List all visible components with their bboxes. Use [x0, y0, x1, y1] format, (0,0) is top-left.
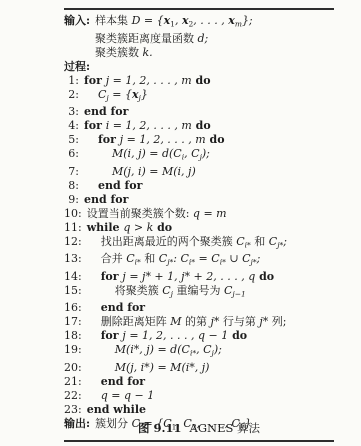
algorithm-step-14: 14:for j = j* + 1, j* + 2, . . . , q do: [64, 270, 334, 284]
algorithm-input-line-1: 输入: 样本集 D = {x1, x2, . . . , xm};: [64, 14, 334, 32]
step-content: end while: [87, 403, 146, 417]
text-segment: 合并: [101, 252, 127, 265]
text-segment: for: [84, 119, 106, 132]
text-segment: M(i*, j) = d(C: [115, 343, 190, 356]
step-content: M(i, j) = d(Ci, Cj);: [84, 147, 210, 165]
text-segment: do: [153, 221, 172, 234]
step-content: end for: [87, 301, 145, 315]
step-number: 5:: [64, 133, 79, 147]
algorithm-step-15: 15:将聚类簇 Cj 重编号为 Cj−1: [64, 284, 334, 302]
text-segment: 删除距离矩阵: [101, 315, 171, 328]
step-content: M(j, i) = M(i, j): [84, 165, 196, 179]
algorithm-step-7: 7:M(j, i) = M(i, j): [64, 165, 334, 179]
step-number: 12:: [64, 235, 82, 253]
algorithm-step-10: 10:设置当前聚类簇个数: q = m: [64, 207, 334, 221]
text-segment: j*: [259, 315, 268, 328]
step-number: 18:: [64, 329, 82, 343]
math-subscript: j−1: [232, 289, 245, 298]
text-segment: ,: [175, 14, 182, 27]
algorithm-step-21: 21:end for: [64, 375, 334, 389]
text-segment: 和: [141, 252, 159, 265]
text-segment: ;: [283, 235, 287, 248]
text-segment: end for: [84, 193, 128, 206]
figure-caption: 图 9.11AGNES 算法: [64, 421, 334, 435]
algorithm-step-23: 23:end while: [64, 403, 334, 417]
algorithm-box: 输入: 样本集 D = {x1, x2, . . . , xm}; 聚类簇距离度…: [64, 8, 334, 442]
text-segment: end while: [87, 403, 146, 416]
step-number: 8:: [64, 179, 79, 193]
step-content: end for: [84, 179, 142, 193]
step-number: 23:: [64, 403, 82, 417]
text-segment: C: [162, 284, 170, 297]
step-number: 15:: [64, 284, 82, 302]
text-segment: 列;: [268, 315, 286, 328]
step-number: 11:: [64, 221, 82, 235]
text-segment: for: [98, 133, 120, 146]
text-segment: = C: [195, 252, 220, 265]
text-segment: end for: [84, 105, 128, 118]
text-segment: j = j* + 1, j* + 2, . . . , q: [122, 270, 255, 283]
text-segment: q = m: [193, 207, 227, 220]
step-content: q = q − 1: [87, 389, 155, 403]
step-content: for i = 1, 2, . . . , m do: [84, 119, 211, 133]
text-segment: 设置当前聚类簇个数:: [87, 207, 193, 220]
step-number: 13:: [64, 252, 82, 270]
text-segment: C: [236, 235, 244, 248]
step-content: 设置当前聚类簇个数: q = m: [87, 207, 227, 221]
text-segment: j = 1, 2, . . . , q − 1: [122, 329, 228, 342]
text-segment: M(j, i) = M(i, j): [112, 165, 196, 178]
text-segment: ∪ C: [226, 252, 251, 265]
algorithm-step-11: 11:while q > k do: [64, 221, 334, 235]
text-segment: j = 1, 2, . . . , m: [120, 133, 206, 146]
text-segment: j = 1, 2, . . . , m: [106, 74, 192, 87]
algorithm-step-9: 9:end for: [64, 193, 334, 207]
input-content-2: 聚类簇距离度量函数 d;: [95, 32, 208, 46]
step-content: for j = 1, 2, . . . , q − 1 do: [87, 329, 247, 343]
input-label: 输入:: [64, 14, 90, 28]
text-segment: end for: [98, 179, 142, 192]
text-segment: };: [242, 14, 253, 27]
algorithm-step-3: 3:end for: [64, 105, 334, 119]
text-segment: , . . . ,: [193, 14, 228, 27]
step-number: 16:: [64, 301, 82, 315]
input-content-3: 聚类簇数 k.: [95, 46, 153, 60]
step-number: 1:: [64, 74, 79, 88]
text-segment: );: [214, 343, 222, 356]
text-segment: 行与第: [219, 315, 259, 328]
text-segment: , C: [196, 343, 211, 356]
algorithm-step-20: 20:M(j, i*) = M(i*, j): [64, 361, 334, 375]
figure-title: AGNES 算法: [190, 421, 260, 435]
input-content-1: 样本集 D = {x1, x2, . . . , xm};: [95, 14, 253, 32]
text-segment: d;: [198, 32, 209, 45]
algorithm-input-line-3: 聚类簇数 k.: [64, 46, 334, 60]
text-segment: }: [141, 88, 148, 101]
step-number: 20:: [64, 361, 82, 375]
step-content: M(i*, j) = d(Ci*, Cj);: [87, 343, 222, 361]
text-segment: end for: [101, 301, 145, 314]
text-segment: for: [101, 270, 123, 283]
algorithm-step-17: 17:删除距离矩阵 M 的第 j* 行与第 j* 列;: [64, 315, 334, 329]
text-segment: = {: [109, 88, 132, 101]
step-number: 22:: [64, 389, 82, 403]
text-segment: 样本集: [95, 14, 132, 27]
step-content: 删除距离矩阵 M 的第 j* 行与第 j* 列;: [87, 315, 287, 329]
step-number: 14:: [64, 270, 82, 284]
text-segment: : C: [173, 252, 189, 265]
algorithm-step-13: 13:合并 Ci* 和 Cj*: Ci* = Ci* ∪ Cj*;: [64, 252, 334, 270]
text-segment: ;: [257, 252, 261, 265]
text-segment: k.: [143, 46, 153, 59]
step-content: Cj = {xj}: [84, 88, 148, 106]
text-segment: 聚类簇距离度量函数: [95, 32, 198, 45]
text-segment: C: [126, 252, 134, 265]
text-segment: do: [255, 270, 274, 283]
text-segment: 和: [251, 235, 269, 248]
text-segment: 重编号为: [173, 284, 224, 297]
algorithm-step-6: 6:M(i, j) = d(Ci, Cj);: [64, 147, 334, 165]
text-segment: do: [228, 329, 247, 342]
text-segment: do: [206, 133, 225, 146]
process-label: 过程:: [64, 60, 334, 74]
algorithm-step-19: 19:M(i*, j) = d(Ci*, Cj);: [64, 343, 334, 361]
step-number: 21:: [64, 375, 82, 389]
text-segment: M(i, j) = d(C: [112, 147, 182, 160]
algorithm-step-1: 1:for j = 1, 2, . . . , m do: [64, 74, 334, 88]
algorithm-step-2: 2:Cj = {xj}: [64, 88, 334, 106]
text-segment: for: [84, 74, 106, 87]
text-segment: do: [192, 119, 211, 132]
text-segment: 聚类簇数: [95, 46, 143, 59]
text-segment: for: [101, 329, 123, 342]
step-number: 9:: [64, 193, 79, 207]
step-content: for j = j* + 1, j* + 2, . . . , q do: [87, 270, 274, 284]
text-segment: q = q − 1: [101, 389, 155, 402]
step-number: 4:: [64, 119, 79, 133]
text-segment: 的第: [181, 315, 210, 328]
step-content: end for: [87, 375, 145, 389]
text-segment: M: [170, 315, 181, 328]
text-segment: M(j, i*) = M(i*, j): [115, 361, 210, 374]
step-content: M(j, i*) = M(i*, j): [87, 361, 210, 375]
step-content: 将聚类簇 Cj 重编号为 Cj−1: [87, 284, 246, 302]
algorithm-step-5: 5:for j = 1, 2, . . . , m do: [64, 133, 334, 147]
algorithm-step-18: 18:for j = 1, 2, . . . , q − 1 do: [64, 329, 334, 343]
step-number: 7:: [64, 165, 79, 179]
figure-number: 图 9.11: [138, 421, 182, 435]
text-segment: 找出距离最近的两个聚类簇: [101, 235, 237, 248]
algorithm-step-12: 12:找出距离最近的两个聚类簇 Ci* 和 Cj*;: [64, 235, 334, 253]
step-number: 6:: [64, 147, 79, 165]
text-segment: C: [269, 235, 277, 248]
step-content: 找出距离最近的两个聚类簇 Ci* 和 Cj*;: [87, 235, 287, 253]
algorithm-input-line-2: 聚类簇距离度量函数 d;: [64, 32, 334, 46]
step-number: 2:: [64, 88, 79, 106]
algorithm-step-22: 22:q = q − 1: [64, 389, 334, 403]
step-content: for j = 1, 2, . . . , m do: [84, 74, 211, 88]
algorithm-step-16: 16:end for: [64, 301, 334, 315]
step-number: 3:: [64, 105, 79, 119]
text-segment: D = {: [132, 14, 164, 27]
text-segment: q > k: [123, 221, 153, 234]
text-segment: do: [192, 74, 211, 87]
algorithm-step-4: 4:for i = 1, 2, . . . , m do: [64, 119, 334, 133]
algorithm-step-8: 8:end for: [64, 179, 334, 193]
text-segment: 将聚类簇: [115, 284, 163, 297]
text-segment: , C: [184, 147, 199, 160]
text-segment: end for: [101, 375, 145, 388]
step-content: while q > k do: [87, 221, 172, 235]
step-number: 19:: [64, 343, 82, 361]
book-page: 输入: 样本集 D = {x1, x2, . . . , xm}; 聚类簇距离度…: [0, 0, 361, 446]
text-segment: );: [202, 147, 210, 160]
step-content: end for: [84, 105, 128, 119]
text-segment: i = 1, 2, . . . , m: [106, 119, 192, 132]
step-number: 17:: [64, 315, 82, 329]
math-subscript: m: [235, 20, 242, 29]
text-segment: C: [159, 252, 167, 265]
step-content: 合并 Ci* 和 Cj*: Ci* = Ci* ∪ Cj*;: [87, 252, 261, 270]
step-number: 10:: [64, 207, 82, 221]
step-content: end for: [84, 193, 128, 207]
text-segment: while: [87, 221, 124, 234]
algorithm-steps: 1:for j = 1, 2, . . . , m do2:Cj = {xj}3…: [64, 74, 334, 417]
step-content: for j = 1, 2, . . . , m do: [84, 133, 225, 147]
